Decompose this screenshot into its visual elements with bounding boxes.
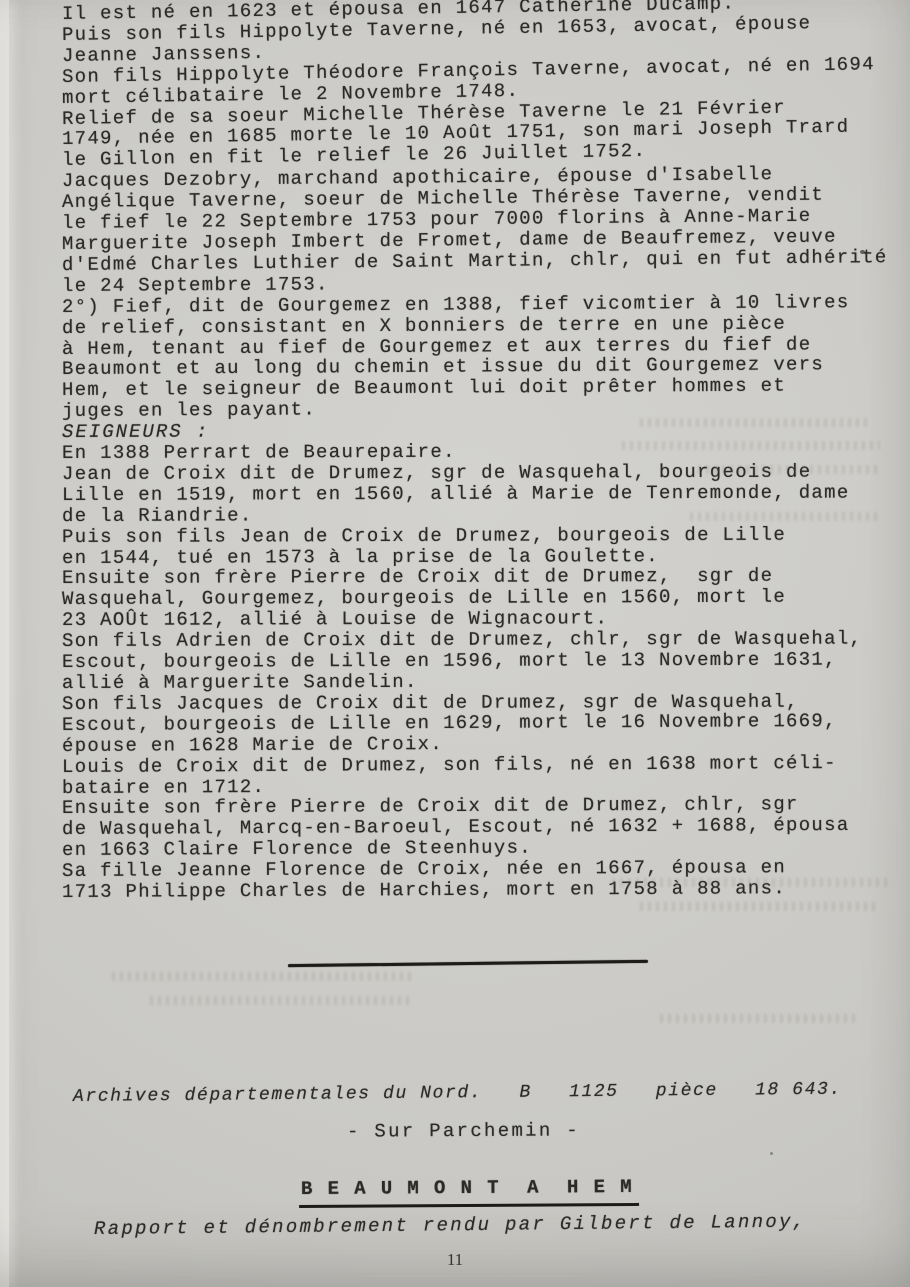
section-subheading: Rapport et dénombrement rendu par Gilber… <box>94 1211 807 1240</box>
bleed-through-ghost-text <box>150 996 410 1005</box>
parchment-note: - Sur Parchemin - <box>347 1119 580 1142</box>
bleed-through-ghost-text <box>640 902 880 911</box>
section-heading-beaumont-a-hem: B E A U M O N T A H E M <box>299 1176 639 1208</box>
typewritten-body: Il est né en 1623 et épousa en 1647 Cath… <box>62 4 896 903</box>
text-line: Escout, bourgeois de Lille en 1596, mort… <box>62 649 896 673</box>
seigneurs-heading: SEIGNEURS : <box>62 420 896 444</box>
scan-edge <box>0 0 9 1287</box>
text-line: Lille en 1519, mort en 1560, allié à Mar… <box>62 482 896 506</box>
archives-reference: Archives départementales du Nord. B 1125… <box>73 1080 842 1107</box>
section-divider-rule <box>288 960 648 967</box>
page-number: 11 <box>0 1250 910 1270</box>
bleed-through-ghost-text <box>112 972 412 981</box>
text-line: 1713 Philippe Charles de Harchies, mort … <box>62 878 896 903</box>
ink-speck <box>860 250 865 254</box>
ink-speck <box>770 1152 773 1155</box>
bleed-through-ghost-text <box>660 1014 860 1023</box>
text-line: Puis son fils Jean de Croix de Drumez, b… <box>62 524 896 548</box>
text-line: juges en les payant. <box>62 396 896 422</box>
